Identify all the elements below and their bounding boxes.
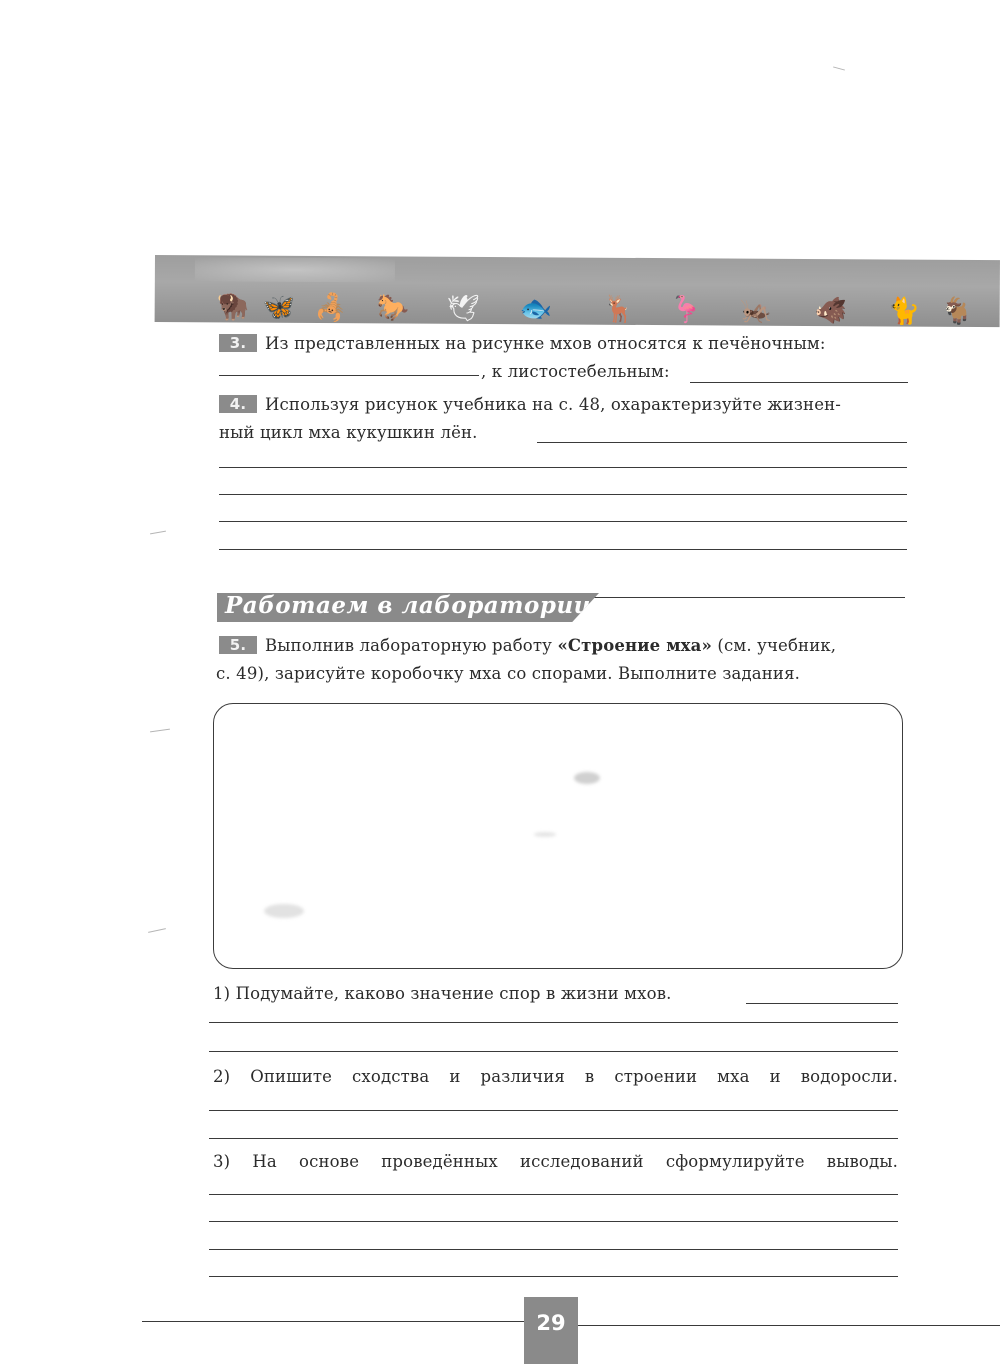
answer-line-q3-4[interactable] xyxy=(209,1276,898,1277)
task-number-5: 5. xyxy=(219,636,257,654)
answer-line-leafy-mosses[interactable] xyxy=(690,382,908,383)
task-number-4: 4. xyxy=(219,395,257,413)
scorpion-icon: 🦂 xyxy=(315,295,348,321)
heron-icon: 🦩 xyxy=(670,297,703,323)
footer-line-right xyxy=(578,1325,1000,1326)
decorative-animal-banner: 🦬 🦋 🦂 🐎 🕊 🐟 🦌 🦩 🦗 🐗 🐈 🐐 🦋 xyxy=(155,255,1000,327)
task-4-text-line1: Используя рисунок учебника на с. 48, оха… xyxy=(265,395,841,414)
answer-line-q1-3[interactable] xyxy=(209,1051,898,1052)
bison-icon: 🦬 xyxy=(217,294,250,320)
answer-line-q1-2[interactable] xyxy=(209,1022,898,1023)
question-1: 1) Подумайте, каково значение спор в жиз… xyxy=(213,982,672,1006)
task-5-text-b: (см. учебник, xyxy=(712,636,836,655)
horse-icon: 🐎 xyxy=(377,295,410,321)
task-5-text-line2: с. 49), зарисуйте коробочку мха со спора… xyxy=(216,662,800,686)
answer-line-4-1[interactable] xyxy=(537,442,907,443)
task-5-prompt: 5.Выполнив лабораторную работу «Строение… xyxy=(219,634,919,658)
answer-line-4-4[interactable] xyxy=(219,521,907,522)
insect-icon: 🦗 xyxy=(740,298,773,324)
answer-line-q1-1[interactable] xyxy=(746,1003,898,1004)
margin-mark xyxy=(150,729,170,733)
section-divider-line xyxy=(560,597,905,598)
butterfly-icon: 🦋 xyxy=(263,295,296,321)
gazelle-icon: 🐐 xyxy=(941,299,974,325)
pencil-smudge xyxy=(534,832,556,837)
answer-line-q3-3[interactable] xyxy=(209,1249,898,1250)
drawing-area[interactable] xyxy=(213,703,903,969)
task-3-mid-text: , к листостебельным: xyxy=(481,360,670,384)
answer-line-q2-1[interactable] xyxy=(209,1110,898,1111)
margin-mark xyxy=(833,66,845,70)
task-3-text: Из представленных на рисунке мхов относя… xyxy=(265,334,826,353)
question-2: 2) Опишите сходства и различия в строени… xyxy=(213,1065,898,1089)
fish-icon: 🐟 xyxy=(520,296,553,322)
question-3: 3) На основе проведённых исследований сф… xyxy=(213,1150,898,1174)
margin-mark xyxy=(150,531,166,535)
page-number: 29 xyxy=(524,1297,578,1364)
footer-line-left xyxy=(142,1321,524,1322)
pencil-smudge xyxy=(264,904,304,918)
pencil-smudge xyxy=(574,772,600,784)
section-title: Работаем в лаборатории xyxy=(225,592,591,619)
section-banner: Работаем в лаборатории xyxy=(217,593,599,622)
task-4-prompt: 4.Используя рисунок учебника на с. 48, о… xyxy=(219,393,919,417)
answer-line-liverworts[interactable] xyxy=(219,375,479,376)
task-4-text-line2: ный цикл мха кукушкин лён. xyxy=(219,421,478,445)
answer-line-4-3[interactable] xyxy=(219,494,907,495)
banner-highlight xyxy=(195,257,395,282)
task-number-3: 3. xyxy=(219,334,257,352)
cat-icon: 🐈 xyxy=(888,298,921,324)
margin-mark xyxy=(148,928,166,933)
answer-line-q3-1[interactable] xyxy=(209,1194,898,1195)
answer-line-4-5[interactable] xyxy=(219,549,907,550)
antelope-icon: 🦌 xyxy=(603,297,636,323)
answer-line-4-2[interactable] xyxy=(219,467,907,468)
task-5-lab-title: «Строение мха» xyxy=(557,636,712,655)
task-3-prompt: 3.Из представленных на рисунке мхов отно… xyxy=(219,332,919,356)
answer-line-q3-2[interactable] xyxy=(209,1221,898,1222)
answer-line-q2-2[interactable] xyxy=(209,1138,898,1139)
task-5-text-a: Выполнив лабораторную работу xyxy=(265,636,557,655)
boar-icon: 🐗 xyxy=(815,298,848,324)
bird-icon: 🕊 xyxy=(447,296,480,322)
